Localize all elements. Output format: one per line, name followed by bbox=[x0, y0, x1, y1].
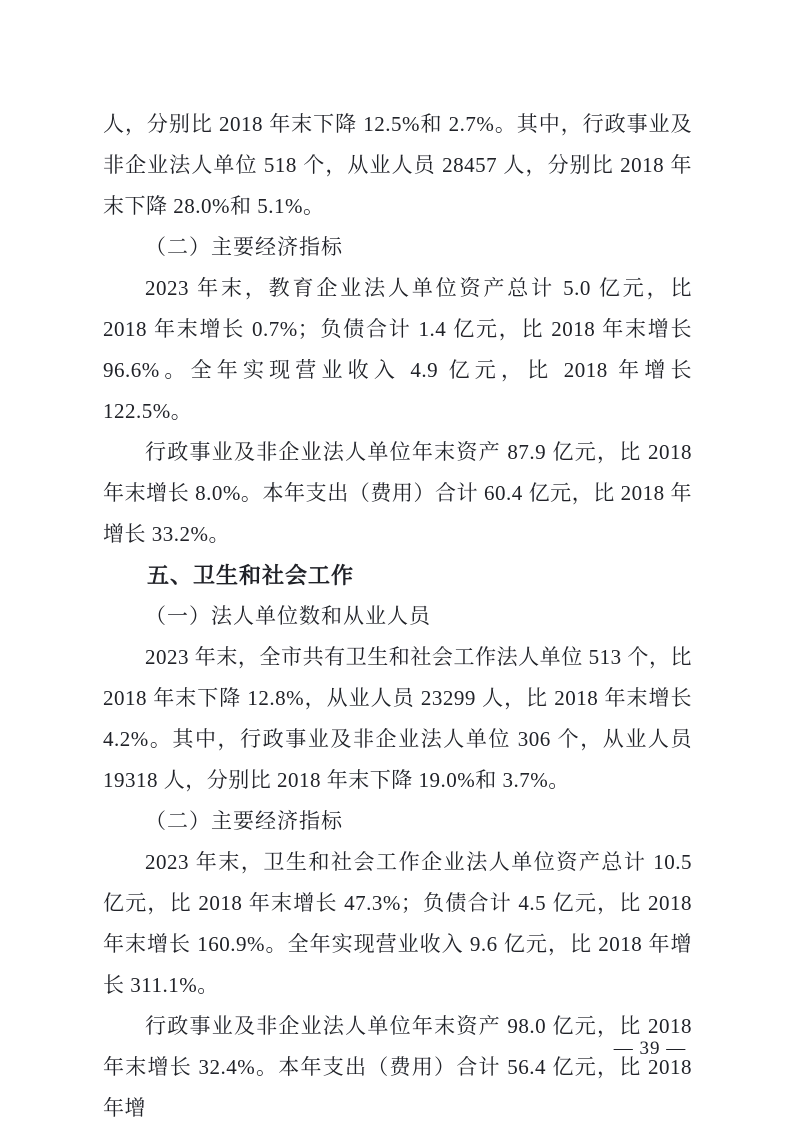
paragraph-education-enterprise-assets: 2023 年末，教育企业法人单位资产总计 5.0 亿元，比 2018 年末增长 … bbox=[103, 268, 692, 432]
subsection-heading-health-economic-indicators: （二）主要经济指标 bbox=[103, 801, 692, 842]
paragraph-health-units-employees: 2023 年末，全市共有卫生和社会工作法人单位 513 个，比 2018 年末下… bbox=[103, 637, 692, 801]
page-number: — 39 — bbox=[612, 1037, 688, 1061]
paragraph-education-admin-assets: 行政事业及非企业法人单位年末资产 87.9 亿元，比 2018 年末增长 8.0… bbox=[103, 432, 692, 555]
paragraph-health-enterprise-assets: 2023 年末，卫生和社会工作企业法人单位资产总计 10.5 亿元，比 2018… bbox=[103, 842, 692, 1006]
paragraph-education-units-continuation: 人，分别比 2018 年末下降 12.5%和 2.7%。其中，行政事业及非企业法… bbox=[103, 104, 692, 227]
document-page: 人，分别比 2018 年末下降 12.5%和 2.7%。其中，行政事业及非企业法… bbox=[0, 0, 793, 1122]
subsection-heading-education-economic-indicators: （二）主要经济指标 bbox=[103, 227, 692, 268]
paragraph-health-admin-assets: 行政事业及非企业法人单位年末资产 98.0 亿元，比 2018 年末增长 32.… bbox=[103, 1006, 692, 1122]
section-heading-health-social-work: 五、卫生和社会工作 bbox=[103, 555, 692, 596]
subsection-heading-health-legal-units: （一）法人单位数和从业人员 bbox=[103, 596, 692, 637]
document-body: 人，分别比 2018 年末下降 12.5%和 2.7%。其中，行政事业及非企业法… bbox=[103, 104, 692, 1122]
